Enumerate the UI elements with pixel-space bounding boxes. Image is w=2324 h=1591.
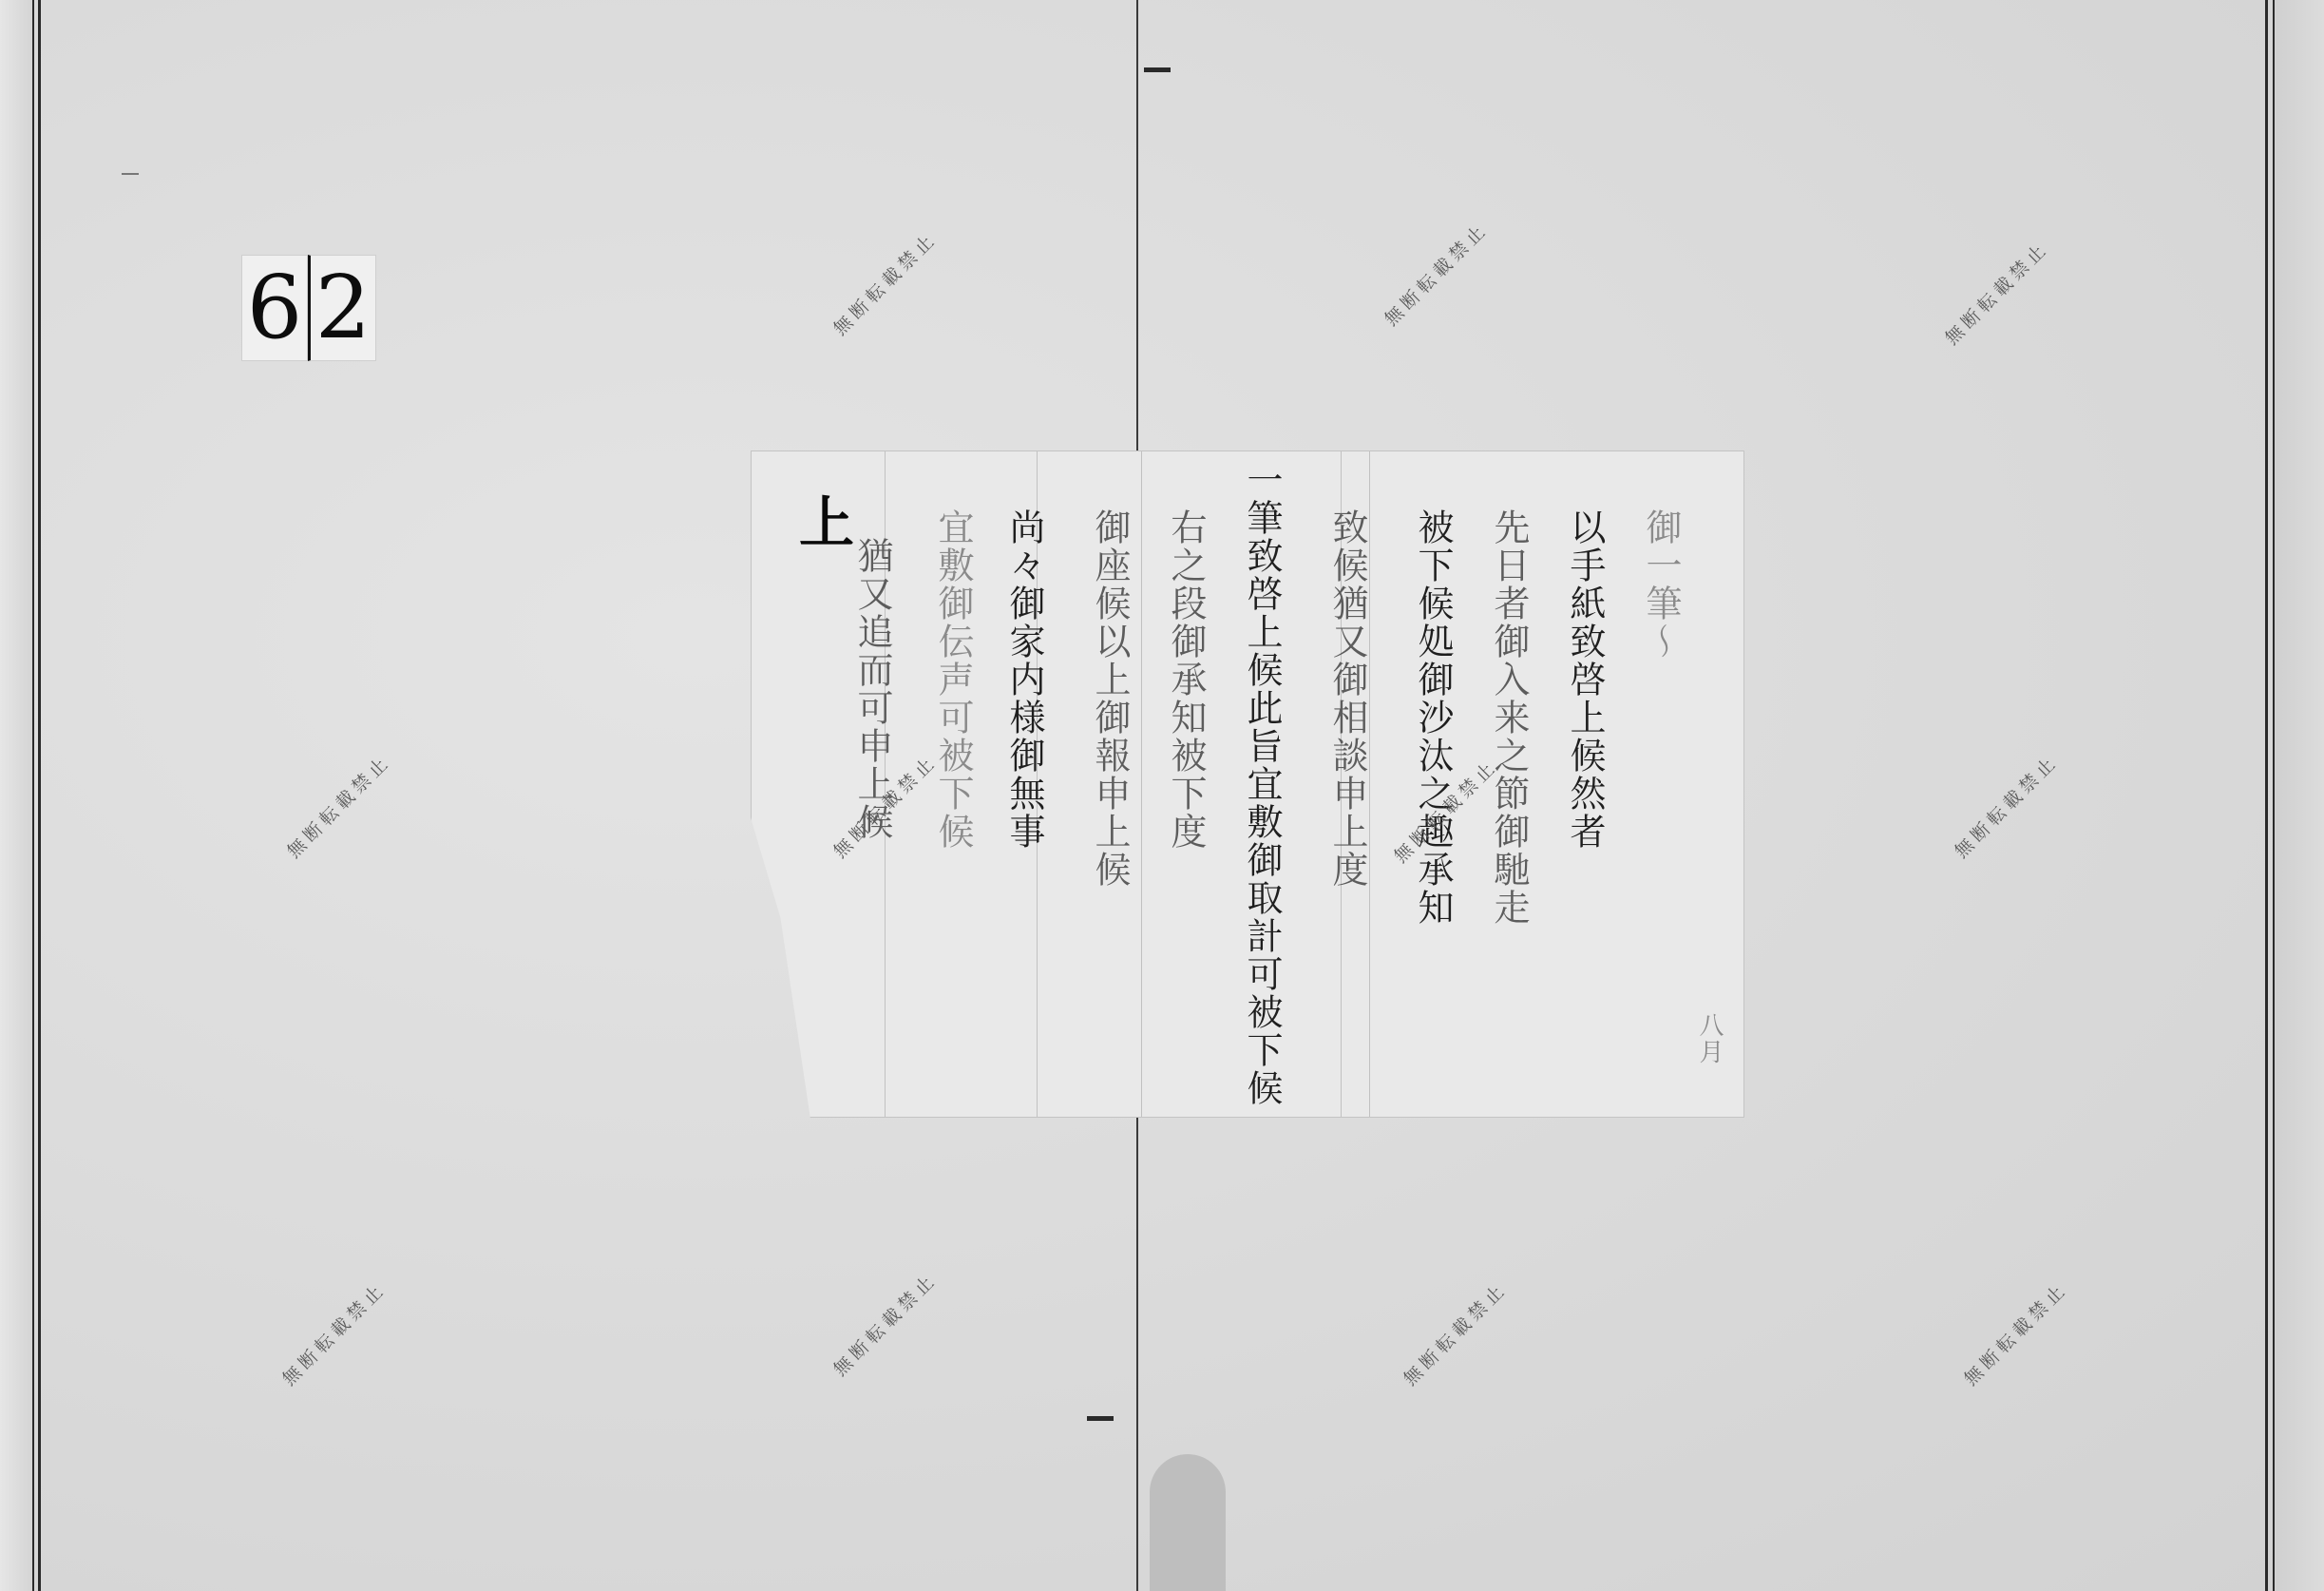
left-border-line <box>32 0 34 1591</box>
right-border-line-outer <box>2273 0 2275 1591</box>
left-binding-edge <box>0 0 32 1591</box>
watermark: 無断転載禁止 <box>827 225 942 340</box>
watermark: 無断転載禁止 <box>280 748 395 863</box>
letter-column: 先日者御入来之節御馳走 <box>1483 508 1535 927</box>
page-number-digit: 6 <box>241 255 308 361</box>
scan-mark <box>1087 1416 1114 1421</box>
letter-column: 御座候以上御報申上候 <box>1084 508 1136 889</box>
letter-column: 以手紙致啓上候然者 <box>1559 508 1611 851</box>
date-mark: 八月 <box>1692 1012 1727 1065</box>
page-number-label: 6 2 <box>241 255 376 361</box>
scanned-page: 6 2 上 御一筆〜 以手紙致啓上候然者 先日者御入来之節御馳走 被下候処御沙汰… <box>0 0 2324 1591</box>
watermark: 無断転載禁止 <box>1378 216 1493 331</box>
letter-column: 尚々御家内様御無事 <box>999 508 1051 851</box>
left-border-line-inner <box>38 0 41 1591</box>
right-border-line <box>2265 0 2268 1591</box>
scan-mark <box>1144 67 1171 72</box>
paper-fold <box>1141 451 1142 1117</box>
letter-column: 致候猶又御相談申上度 <box>1322 508 1374 889</box>
watermark: 無断転載禁止 <box>1957 1275 2072 1390</box>
right-binding-edge <box>2273 0 2324 1591</box>
letter-column: 宜敷御伝声可被下候 <box>927 508 980 851</box>
page-number-digit: 2 <box>308 255 376 361</box>
watermark: 無断転載禁止 <box>827 1266 942 1381</box>
letter-column: 右之段御承知被下度 <box>1160 508 1212 851</box>
watermark: 無断転載禁止 <box>276 1275 391 1390</box>
letter-column: 一筆致啓上候此旨宜敷御取計可被下候 <box>1236 461 1288 1107</box>
paper-stain <box>1150 1454 1226 1591</box>
watermark: 無断転載禁止 <box>1938 235 2053 350</box>
watermark: 無断転載禁止 <box>1397 1275 1512 1390</box>
watermark: 無断転載禁止 <box>1948 748 2063 863</box>
letter-column: 被下候処御沙汰之趣承知 <box>1407 508 1459 927</box>
letter-column: 御一筆〜 <box>1635 508 1687 661</box>
corner-mark <box>122 173 139 175</box>
